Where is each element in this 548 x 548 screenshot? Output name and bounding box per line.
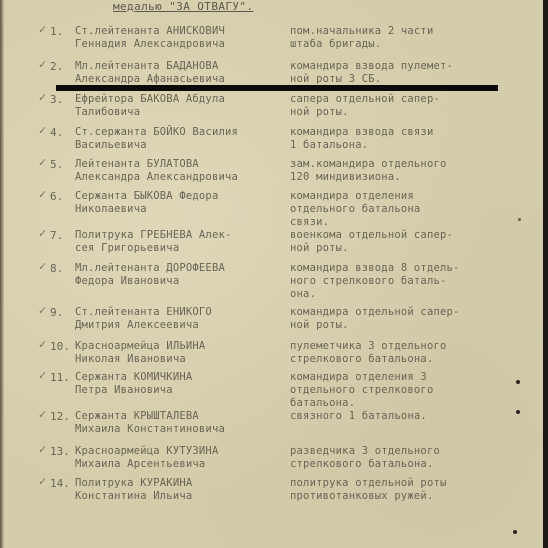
checkmark-icon: ✓ (38, 475, 47, 488)
entry-name: Красноармейца ИЛЬИНА Николая Ивановича (75, 340, 205, 366)
document-page: медалью "ЗА ОТВАГУ". ✓ 1. Ст.лейтенанта … (0, 0, 548, 548)
paper-hole (513, 530, 517, 534)
paper-hole (518, 218, 521, 221)
entry-duty: военкома отдельной сапер- ной роты. (290, 229, 453, 255)
document-header: медалью "ЗА ОТВАГУ". (113, 0, 253, 13)
entry-number: 5. (50, 158, 63, 171)
page-edge-right (543, 0, 548, 548)
entry-duty: командира взвода связи 1 батальона. (290, 126, 433, 152)
entry-duty: командира отдельной сапер- ной роты. (290, 306, 460, 332)
entry-number: 2. (50, 60, 63, 73)
entry-name: Сержанта БЫКОВА Федора Николаевича (75, 190, 218, 216)
checkmark-icon: ✓ (38, 408, 47, 421)
entry-name: Сержанта КРЫШТАЛЕВА Михаила Константинов… (75, 410, 225, 436)
checkmark-icon: ✓ (38, 156, 47, 169)
entry-number: 3. (50, 93, 63, 106)
entry-duty: командира отделения 3 отдельного стрелко… (290, 371, 433, 410)
entry-number: 9. (50, 306, 63, 319)
entry-name: Ефрейтора БАКОВА Абдула Талибовича (75, 93, 225, 119)
entry-duty: пом.начальника 2 части штаба бригады. (290, 25, 433, 51)
paper-hole (516, 410, 520, 414)
entry-duty: связного 1 батальона. (290, 410, 427, 423)
entry-number: 7. (50, 229, 63, 242)
entry-name: Мл.лейтенанта ДОРОФЕЕВА Федора Ивановича (75, 262, 225, 288)
checkmark-icon: ✓ (38, 188, 47, 201)
checkmark-icon: ✓ (38, 23, 47, 36)
checkmark-icon: ✓ (38, 91, 47, 104)
entry-name: Ст.лейтенанта ЕНИКОГО Дмитрия Алексеевич… (75, 306, 212, 332)
checkmark-icon: ✓ (38, 58, 47, 71)
entry-name: Ст.лейтенанта АНИСКОВИЧ Геннадия Алексан… (75, 25, 225, 51)
entry-duty: командира взвода пулемет- ной роты 3 СБ. (290, 60, 453, 86)
entry-duty: разведчика 3 отдельного стрелкового бата… (290, 445, 440, 471)
entry-number: 10. (50, 340, 70, 353)
entry-name: Политрука ГРЕБНЕВА Алек- сея Григорьевич… (75, 229, 232, 255)
entry-duty: зам.командира отдельного 120 миндивизион… (290, 158, 447, 184)
entry-number: 13. (50, 445, 70, 458)
checkmark-icon: ✓ (38, 304, 47, 317)
entry-name: Лейтенанта БУЛАТОВА Александра Александр… (75, 158, 238, 184)
entry-number: 14. (50, 477, 70, 490)
checkmark-icon: ✓ (38, 227, 47, 240)
entry-number: 1. (50, 25, 63, 38)
entry-duty: командира взвода 8 отдель- ного стрелков… (290, 262, 460, 301)
entry-name: Ст.сержанта БОЙКО Василия Васильевича (75, 126, 238, 152)
checkmark-icon: ✓ (38, 124, 47, 137)
checkmark-icon: ✓ (38, 338, 47, 351)
entry-duty: командира отделения отдельного батальона… (290, 190, 420, 229)
paper-hole (516, 380, 520, 384)
entry-duty: сапера отдельной сапер- ной роты. (290, 93, 440, 119)
entry-name: Сержанта КОМИЧКИНА Петра Ивановича (75, 371, 192, 397)
entry-name: Мл.лейтенанта БАДАНОВА Александра Афанас… (75, 60, 225, 86)
page-edge-left (0, 0, 4, 548)
entry-number: 6. (50, 190, 63, 203)
entry-number: 12. (50, 410, 70, 423)
entry-number: 11. (50, 371, 70, 384)
entry-number: 4. (50, 126, 63, 139)
checkmark-icon: ✓ (38, 260, 47, 273)
entry-duty: пулеметчика 3 отдельного стрелкового бат… (290, 340, 447, 366)
entry-name: Красноармейца КУТУЗИНА Михаила Арсентьев… (75, 445, 218, 471)
checkmark-icon: ✓ (38, 443, 47, 456)
entry-duty: политрука отдельной роты противотанковых… (290, 477, 447, 503)
entry-name: Политрука КУРАКИНА Константина Ильича (75, 477, 192, 503)
checkmark-icon: ✓ (38, 369, 47, 382)
entry-number: 8. (50, 262, 63, 275)
